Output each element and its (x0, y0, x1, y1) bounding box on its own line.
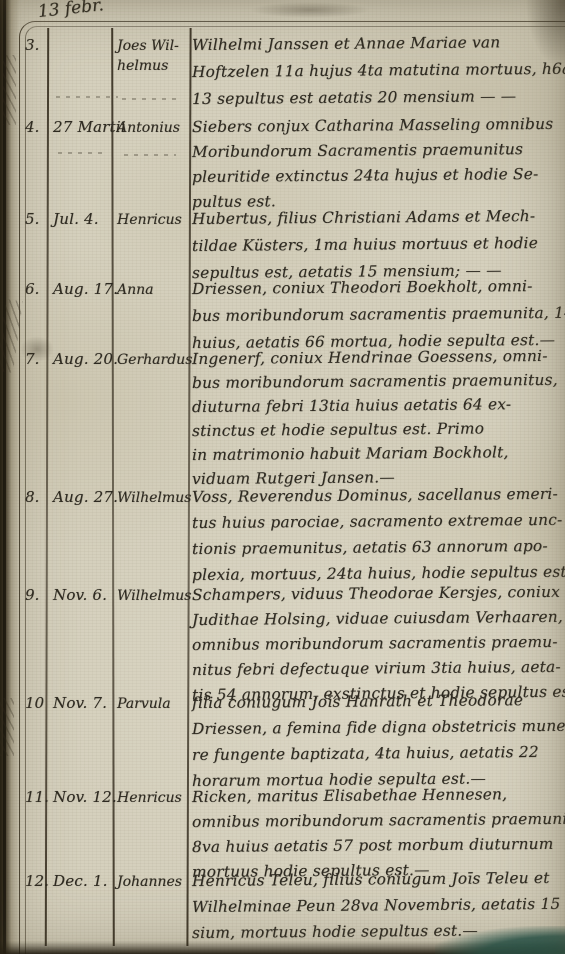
entry-date: Aug. 27. (53, 488, 118, 506)
entry-text-line: pleuritide extinctus 24ta hujus et hodie… (192, 165, 539, 186)
column-rule-name (186, 28, 191, 946)
entry-text-line: bus moribundorum sacramentis praemunitus… (192, 371, 558, 392)
entry-name-line: Antonius (117, 118, 189, 138)
entry-text-line: Hoftzelen 11a hujus 4ta matutina mortuus… (192, 60, 565, 81)
gutter-shadow-line (3, 0, 6, 954)
entry-name-line: Anna (117, 280, 189, 300)
entry-text-line: plexia, mortuus, 24ta huius, hodie sepul… (192, 563, 565, 584)
entry-date: Aug. 20. (53, 350, 118, 368)
ink-smear (250, 2, 370, 18)
entry-date: Nov. 7. (53, 694, 107, 712)
entry-name-line: Johannes (117, 872, 189, 892)
entry-text-line: Schampers, viduus Theodorae Kersjes, con… (192, 583, 560, 604)
entry-text-line: Henricus Teleu, filius coniugum Joīs Tel… (192, 869, 550, 890)
entry-number: 8. (25, 488, 47, 506)
entry-date: 27 Martii (53, 118, 126, 136)
entry-name-line: Henricus (117, 210, 189, 230)
entry-text-line: diuturna febri 13tia huius aetatis 64 ex… (192, 395, 511, 416)
ditto-marks (58, 152, 108, 154)
entry-name-line: Wilhelmus (117, 586, 189, 606)
entry-name: Henricus (117, 210, 189, 230)
entry-name: Johannes (117, 872, 189, 892)
entry-date: Nov. 6. (53, 586, 107, 604)
entry-number: 11. (25, 788, 47, 806)
entry-text-line: tildae Küsters, 1ma huius mortuus et hod… (192, 234, 538, 255)
header-date-note: 13 febr. (37, 0, 105, 22)
entry-date: Jul. 4. (53, 210, 99, 228)
entry-text-line: nitus febri defectuque virium 3tia huius… (192, 658, 561, 679)
entry-name: Parvula (117, 694, 189, 714)
entry-number: 4. (25, 118, 47, 136)
book-cover-corner (435, 926, 565, 954)
entry-text-line: bus moribundorum sacramentis praemunita,… (192, 304, 565, 325)
entry-number: 9. (25, 586, 47, 604)
ditto-marks (124, 154, 176, 156)
entry-name-line: Gerhardus (117, 350, 189, 370)
entry-name-line: Parvula (117, 694, 189, 714)
entry-text-line: Wilhelminae Peun 28va Novembris, aetatis… (192, 894, 565, 916)
entry-text-line: Voss, Reverendus Dominus, sacellanus eme… (192, 485, 558, 506)
entry-text-line: 8va huius aetatis 57 post morbum diuturn… (192, 835, 554, 856)
entry-name-line: Joes Wil- (117, 36, 189, 56)
entry-date: Nov. 12. (53, 788, 117, 806)
entry-text-line: re fungente baptizata, 4ta huius, aetati… (192, 743, 539, 764)
entry-text-line: filia coniugum Joīs Hanrath et Theodorae (192, 691, 523, 712)
entry-name-line: Wilhelmus (117, 488, 189, 508)
entry-number: 12. (25, 872, 47, 890)
entry-text-line: viduam Rutgeri Jansen.— (192, 468, 395, 488)
entry-name: Gerhardus (117, 350, 189, 370)
entry-name: Henricus (117, 788, 189, 808)
entry-text-line: Driessen, a femina fide digna obstetrici… (192, 717, 565, 738)
column-rule-number (44, 28, 48, 946)
entry-text-line: omnibus moribundorum sacramentis praemun… (192, 809, 565, 831)
entry-text-line: Judithae Holsing, viduae cuiusdam Verhaa… (192, 608, 563, 629)
entry-text-line: Moribundorum Sacramentis praemunitus (192, 140, 523, 161)
entry-name: Antonius (117, 118, 189, 138)
scan-vignette (525, 0, 565, 70)
entry-text-line: Driessen, coniux Theodori Boekholt, omni… (192, 277, 533, 298)
entry-text-line: omnibus moribundorum sacramentis praemu- (192, 633, 558, 654)
entry-text-line: Hubertus, filius Christiani Adams et Mec… (192, 207, 535, 228)
entry-name: Wilhelmus (117, 586, 189, 606)
register-page-scan: 13 febr. 3.Joes Wil-helmusWilhelmi Janss… (0, 0, 565, 954)
entry-number: 3. (25, 36, 47, 54)
column-rule-date (111, 28, 114, 946)
entry-text-line: stinctus et hodie sepultus est. Primo (192, 419, 484, 440)
entry-text-line: Siebers conjux Catharina Masseling omnib… (192, 115, 553, 136)
entry-name-line: Henricus (117, 788, 189, 808)
entry-text-line: tus huius parociae, sacramento extremae … (192, 511, 563, 532)
entry-name: Wilhelmus (117, 488, 189, 508)
entry-date: Dec. 1. (53, 872, 108, 890)
entry-text-line: Ricken, maritus Elisabethae Hennesen, (192, 785, 507, 806)
entry-text-line: tionis praemunitus, aetatis 63 annorum a… (192, 537, 548, 558)
entry-text-line: Wilhelmi Janssen et Annae Mariae van (192, 33, 501, 54)
entry-number: 6. (25, 280, 47, 298)
entry-date: Aug. 17. (53, 280, 118, 298)
entry-name: Joes Wil-helmus (117, 36, 189, 76)
entry-text-line: Ingenerf, coniux Hendrinae Goessens, omn… (192, 347, 548, 368)
ditto-marks (122, 98, 177, 100)
entry-text-line: 13 sepultus est aetatis 20 mensium — — (192, 87, 516, 108)
entry-number: 10 (25, 694, 47, 712)
entry-text-line: pultus est. (192, 192, 276, 211)
entry-text-line: in matrimonio habuit Mariam Bockholt, (192, 443, 509, 464)
entry-number: 7. (25, 350, 47, 368)
entry-name: Anna (117, 280, 189, 300)
entry-number: 5. (25, 210, 47, 228)
entry-name-line: helmus (117, 56, 189, 76)
ditto-marks (56, 96, 118, 98)
